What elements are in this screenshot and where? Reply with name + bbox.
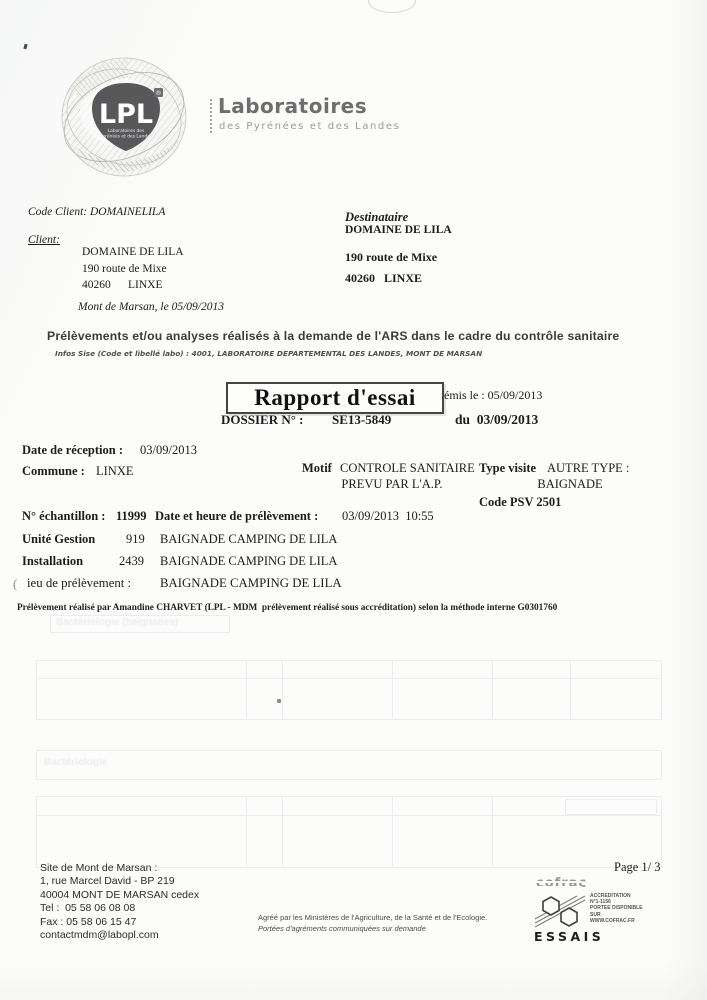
site-line: Site de Mont de Marsan : <box>40 862 199 875</box>
site-line: 40004 MONT DE MARSAN cedex <box>40 889 199 902</box>
agrement-line1: Agréé par les Ministères de l'Agricultur… <box>258 913 487 922</box>
site-line: Tel : 05 58 06 08 08 <box>40 902 199 915</box>
bleed-section2-label: Bactériologie <box>44 757 107 768</box>
agrement-line2: Portées d'agréments communiquées sur dem… <box>258 924 426 933</box>
bleed-section1-label: Bactériologie (baignades) <box>56 617 178 628</box>
cofrac-accreditation-text: ACCREDITATION N°1-1156 PORTEE DISPONIBLE… <box>590 893 643 924</box>
scanned-report-page: LPL Laboratoires des Pyrénées et des Lan… <box>0 0 707 1000</box>
cofrac-essais-text: ESSAIS <box>534 929 604 944</box>
site-email: contactmdm@labopl.com <box>40 929 199 942</box>
bleed-through-layer: Bactériologie (baignades) Bactériologie <box>0 0 707 1000</box>
cofrac-logo: cofrac ESSAIS ACCREDITATION N°1-1156 POR… <box>534 876 664 946</box>
site-address-block: Site de Mont de Marsan : 1, rue Marcel D… <box>40 862 199 942</box>
site-line: Fax : 05 58 06 15 47 <box>40 916 199 929</box>
cofrac-stripe <box>534 886 582 888</box>
site-line: 1, rue Marcel David - BP 219 <box>40 875 199 888</box>
page-number: Page 1/ 3 <box>614 860 661 875</box>
cofrac-brand-text: cofrac <box>536 876 587 891</box>
cofrac-stripe <box>534 881 582 883</box>
